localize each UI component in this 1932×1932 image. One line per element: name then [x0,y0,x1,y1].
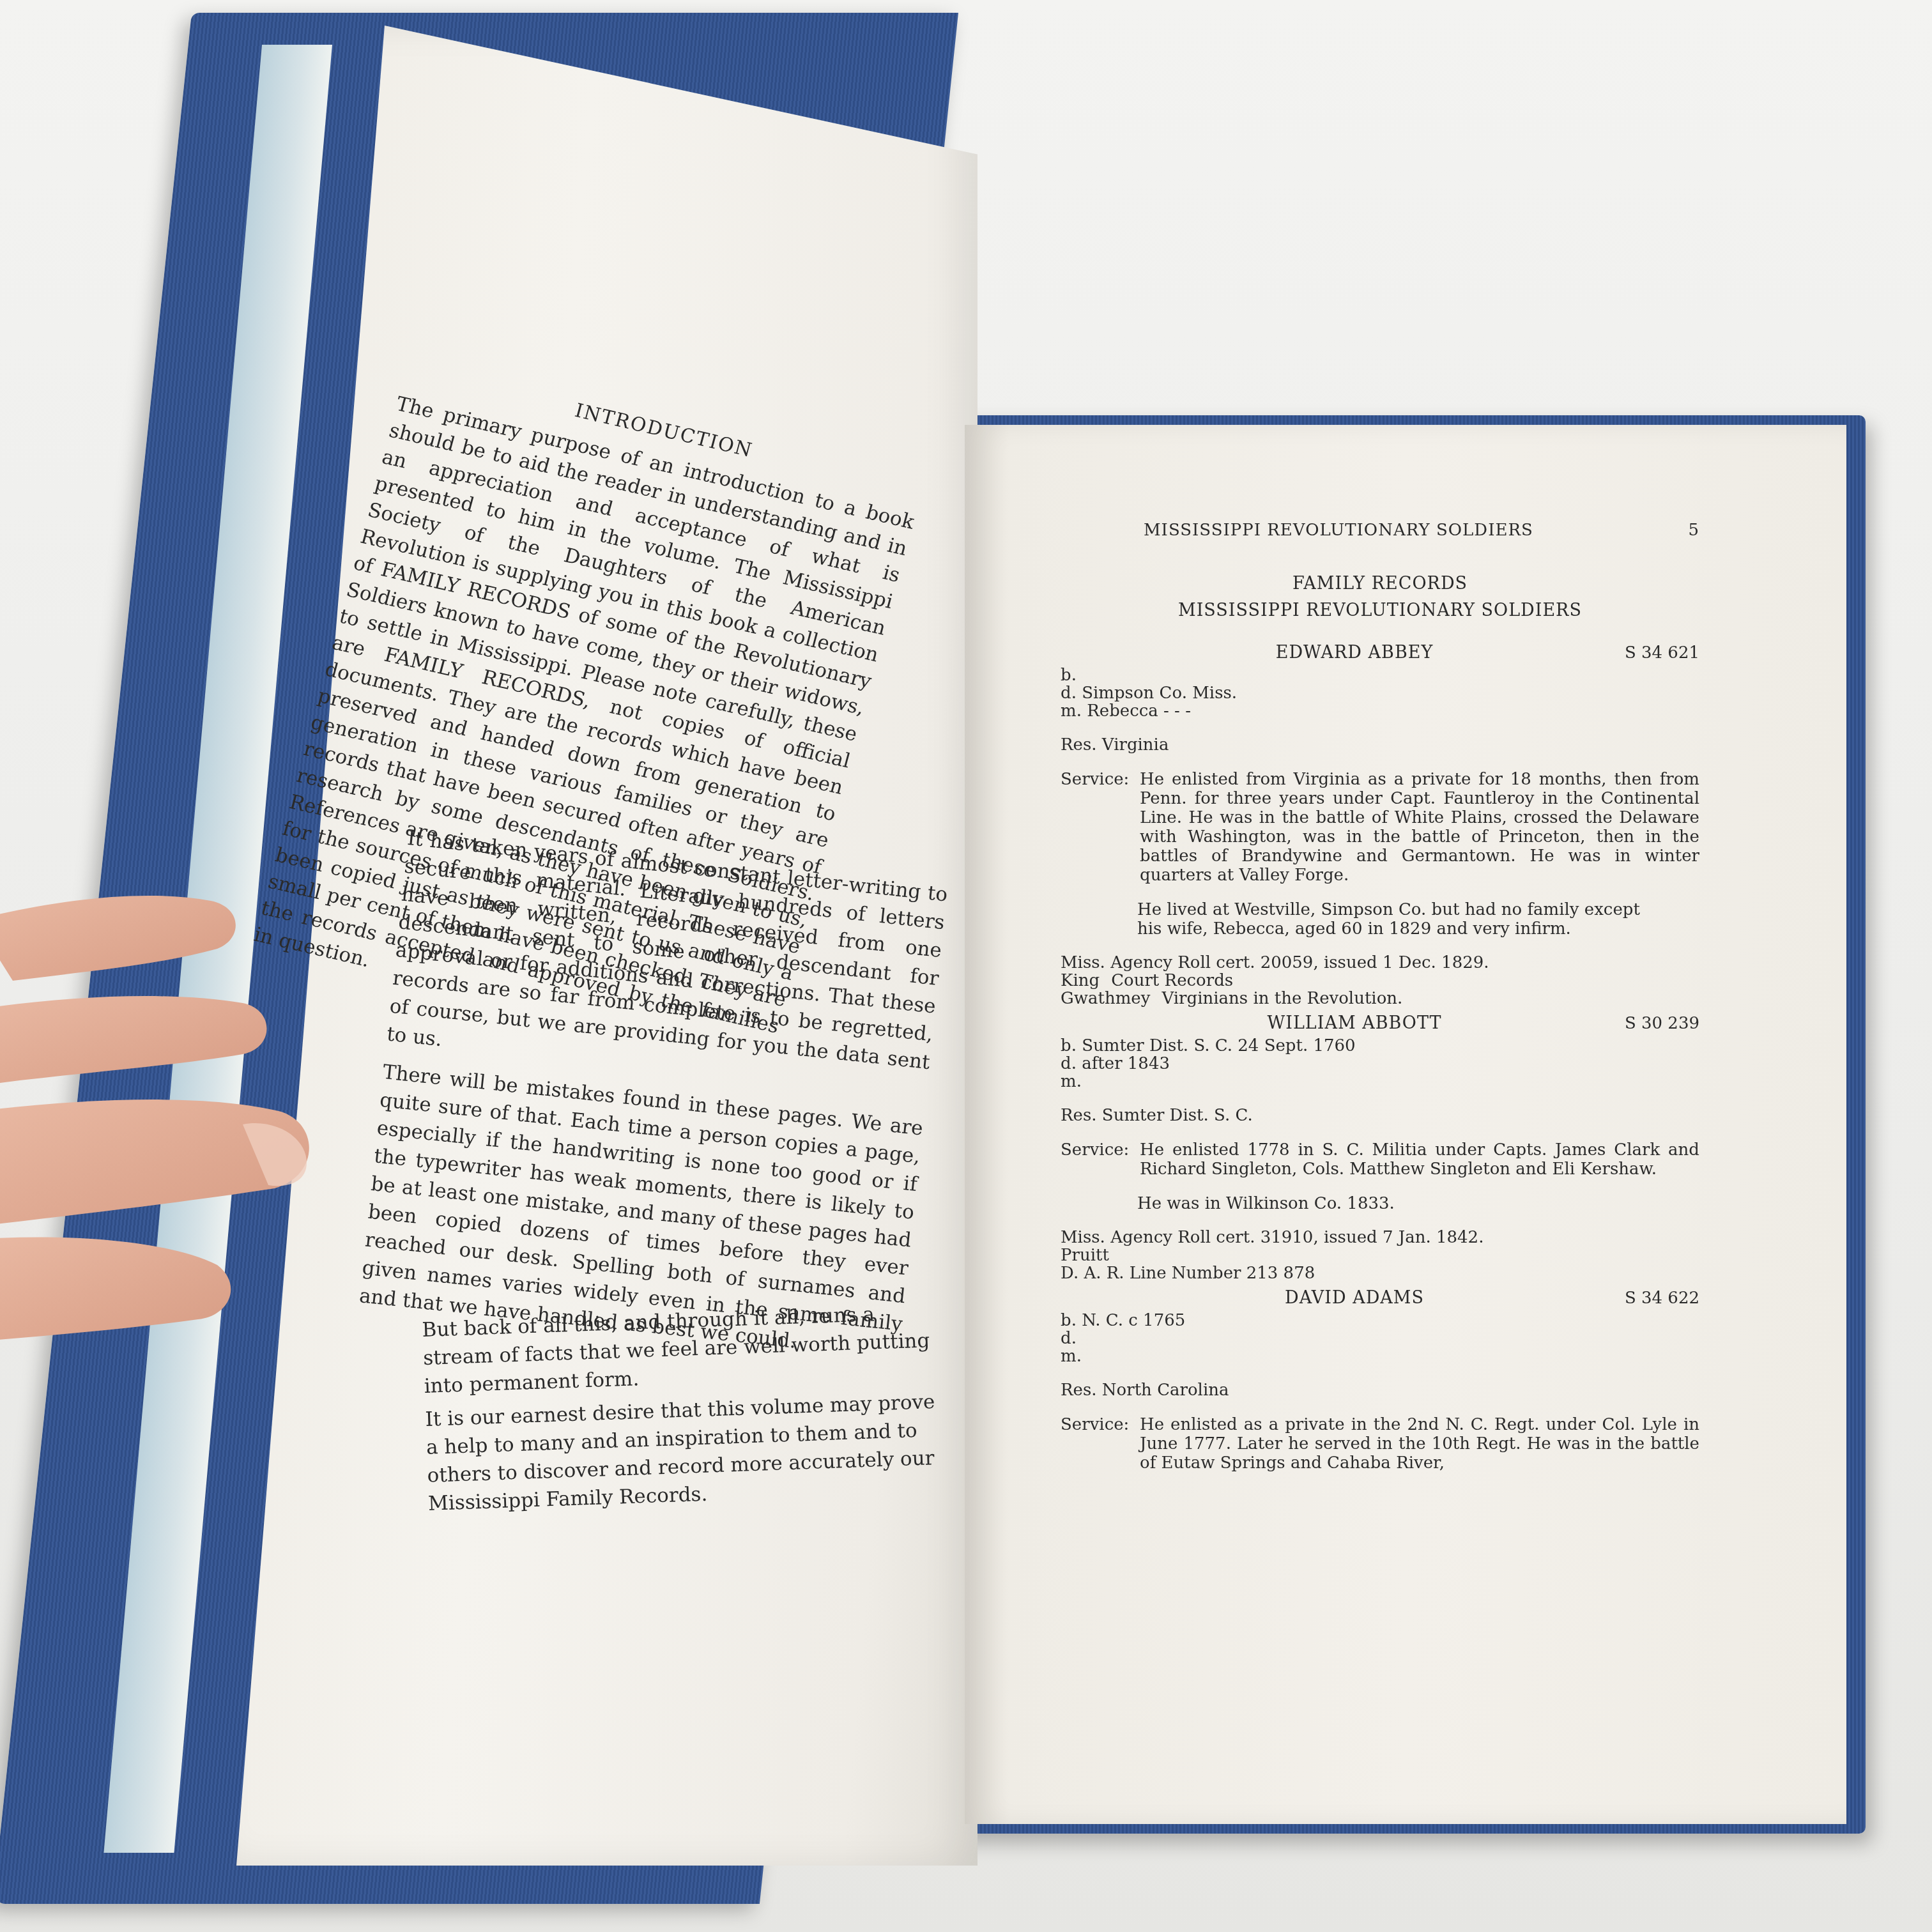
section-title-soldiers: MISSISSIPPI REVOLUTIONARY SOLDIERS [1061,597,1699,624]
residence: Res. North Carolina [1061,1381,1699,1400]
introduction-block-lower: It has taken years of almost constant le… [356,824,949,1377]
death: d. Simpson Co. Miss. [1061,684,1699,702]
death: d. after 1843 [1061,1055,1699,1073]
record-header: DAVID ADAMS S 34 622 [1061,1289,1699,1308]
running-head-title: MISSISSIPPI REVOLUTIONARY SOLDIERS [1144,521,1533,540]
reference-line: Miss. Agency Roll cert. 20059, issued 1 … [1061,954,1699,972]
page-number: 5 [1688,521,1699,540]
service-entry: Service: He enlisted from Virginia as a … [1061,770,1699,885]
birth: b. N. C. c 1765 [1061,1312,1699,1330]
service-label: Service: [1061,1140,1140,1179]
reference-line: D. A. R. Line Number 213 878 [1061,1264,1699,1282]
family-records-block: MISSISSIPPI REVOLUTIONARY SOLDIERS 5 FAM… [1061,521,1699,1479]
service-entry: Service: He enlisted 1778 in S. C. Milit… [1061,1140,1699,1179]
soldier-record: WILLIAM ABBOTT S 30 239 b. Sumter Dist. … [1061,1014,1699,1282]
residence: Res. Virginia [1061,735,1699,755]
residence: Res. Sumter Dist. S. C. [1061,1106,1699,1125]
reference-line: Pruitt [1061,1246,1699,1264]
running-head: MISSISSIPPI REVOLUTIONARY SOLDIERS 5 [1061,521,1699,540]
marriage: m. [1061,1073,1699,1091]
marriage: m. [1061,1347,1699,1365]
death: d. [1061,1330,1699,1347]
pension-number: S 30 239 [1597,1014,1699,1033]
soldier-name: WILLIAM ABBOTT [1061,1014,1597,1033]
vital-records: b. d. Simpson Co. Miss. m. Rebecca - - - [1061,666,1699,720]
references: Miss. Agency Roll cert. 31910, issued 7 … [1061,1229,1699,1282]
birth: b. Sumter Dist. S. C. 24 Sept. 1760 [1061,1037,1699,1055]
soldier-record: EDWARD ABBEY S 34 621 b. d. Simpson Co. … [1061,643,1699,1008]
reference-line: KingCourt Records [1061,972,1699,990]
record-header: EDWARD ABBEY S 34 621 [1061,643,1699,663]
service-text: He enlisted 1778 in S. C. Militia under … [1140,1140,1699,1179]
record-note: He lived at Westville, Simpson Co. but h… [1061,900,1699,939]
vital-records: b. N. C. c 1765 d. m. [1061,1312,1699,1365]
soldier-name: DAVID ADAMS [1061,1289,1597,1308]
soldier-name: EDWARD ABBEY [1061,643,1597,663]
birth: b. [1061,666,1699,684]
service-text: He enlisted from Virginia as a private f… [1140,770,1699,885]
record-header: WILLIAM ABBOTT S 30 239 [1061,1014,1699,1033]
introduction-block-final: But back of all this, and through it all… [422,1298,953,1522]
section-title-family-records: FAMILY RECORDS [1061,571,1699,597]
service-label: Service: [1061,1415,1140,1473]
soldier-record: DAVID ADAMS S 34 622 b. N. C. c 1765 d. … [1061,1289,1699,1473]
intro-paragraph-5: It is our earnest desire that this volum… [425,1387,953,1518]
vital-records: b. Sumter Dist. S. C. 24 Sept. 1760 d. a… [1061,1037,1699,1091]
service-entry: Service: He enlisted as a private in the… [1061,1415,1699,1473]
references: Miss. Agency Roll cert. 20059, issued 1 … [1061,954,1699,1008]
pension-number: S 34 621 [1597,643,1699,663]
service-label: Service: [1061,770,1140,885]
pension-number: S 34 622 [1597,1289,1699,1308]
photo-scene: INTRODUCTION The primary purpose of an i… [0,0,1932,1932]
marriage: m. Rebecca - - - [1061,702,1699,720]
record-note: He was in Wilkinson Co. 1833. [1061,1194,1699,1213]
intro-paragraph-4: But back of all this, and through it all… [422,1298,948,1400]
reference-line: Miss. Agency Roll cert. 31910, issued 7 … [1061,1229,1699,1246]
reference-line: GwathmeyVirginians in the Revolution. [1061,990,1699,1008]
service-text: He enlisted as a private in the 2nd N. C… [1140,1415,1699,1473]
